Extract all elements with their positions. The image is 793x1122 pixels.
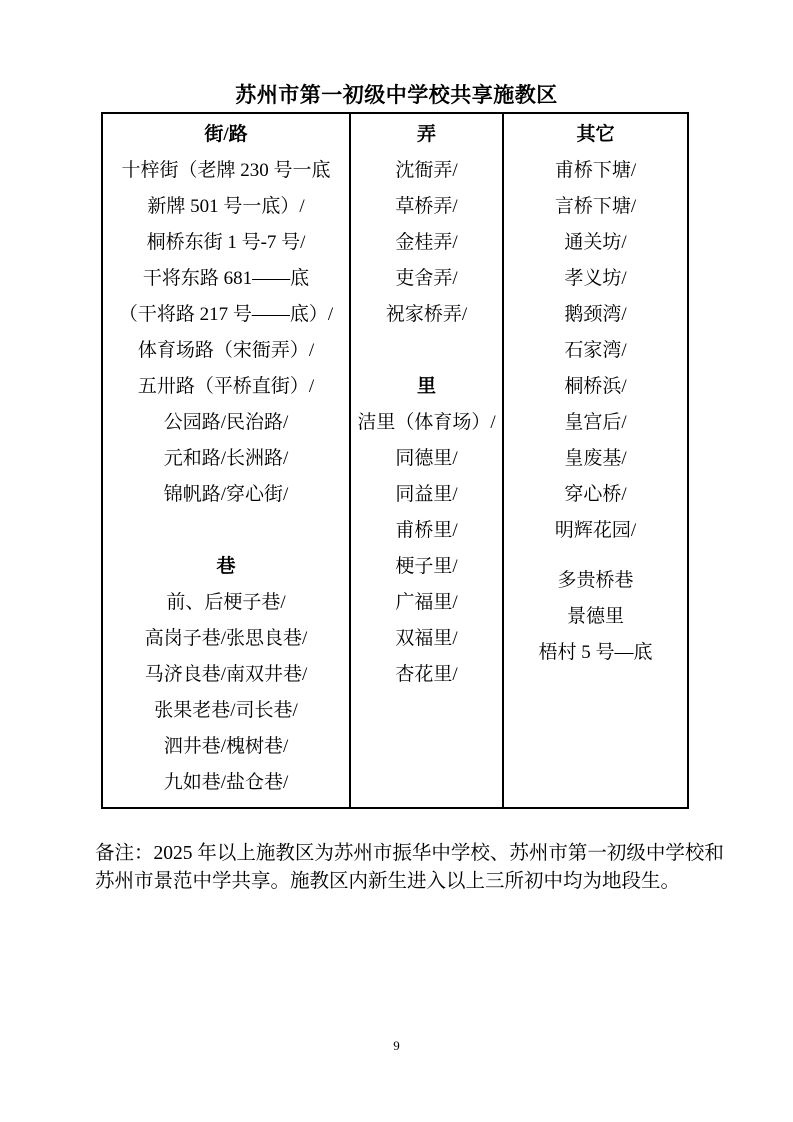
district-entry: 高岗子巷/张思良巷/	[103, 618, 349, 654]
column-body-other: 甫桥下塘/言桥下塘/通关坊/孝义坊/鹅颈湾/石家湾/桐桥浜/皇宫后/皇废基/穿心…	[504, 150, 687, 668]
district-entry: 五卅路（平桥直街）/	[103, 366, 349, 402]
district-entry: 杏花里/	[351, 654, 502, 690]
district-entry: （干将路 217 号——底）/	[103, 294, 349, 330]
district-entry: 前、后梗子巷/	[103, 582, 349, 618]
district-entry: 元和路/长洲路/	[103, 438, 349, 474]
district-entry: 泗井巷/槐树巷/	[103, 726, 349, 762]
district-entry: 金桂弄/	[351, 222, 502, 258]
section-heading: 里	[351, 366, 502, 402]
column-other: 其它 甫桥下塘/言桥下塘/通关坊/孝义坊/鹅颈湾/石家湾/桐桥浜/皇宫后/皇废基…	[502, 114, 687, 807]
district-entry: 祝家桥弄/	[351, 294, 502, 330]
district-entry: 干将东路 681——底	[103, 258, 349, 294]
district-entry: 同益里/	[351, 474, 502, 510]
district-entry: 石家湾/	[504, 330, 687, 366]
section-gap	[103, 510, 349, 546]
district-entry: 梧村 5 号—底	[504, 632, 687, 668]
column-header-other: 其它	[504, 114, 687, 150]
column-header-lane: 弄	[351, 114, 502, 150]
column-body-street-road: 十梓街（老牌 230 号一底新牌 501 号一底）/桐桥东街 1 号-7 号/干…	[103, 150, 349, 798]
section-gap	[351, 330, 502, 366]
district-entry: 新牌 501 号一底）/	[103, 186, 349, 222]
district-entry: 明辉花园/	[504, 510, 687, 546]
note-line: 苏州市景范中学共享。施教区内新生进入以上三所初中均为地段生。	[95, 868, 727, 896]
section-heading: 巷	[103, 546, 349, 582]
district-entry: 梗子里/	[351, 546, 502, 582]
district-entry: 穿心桥/	[504, 474, 687, 510]
column-body-lane: 沈衙弄/草桥弄/金桂弄/吏舍弄/祝家桥弄/里洁里（体育场）/同德里/同益里/甫桥…	[351, 150, 502, 690]
note-line: 备注：2025 年以上施教区为苏州市振华中学校、苏州市第一初级中学校和	[95, 840, 727, 868]
district-entry: 同德里/	[351, 438, 502, 474]
district-entry: 桐桥东街 1 号-7 号/	[103, 222, 349, 258]
district-entry: 洁里（体育场）/	[351, 402, 502, 438]
district-entry: 甫桥里/	[351, 510, 502, 546]
district-entry: 张果老巷/司长巷/	[103, 690, 349, 726]
column-header-street-road: 街/路	[103, 114, 349, 150]
district-entry: 九如巷/盐仓巷/	[103, 762, 349, 798]
district-entry: 皇宫后/	[504, 402, 687, 438]
district-entry: 广福里/	[351, 582, 502, 618]
district-entry: 鹅颈湾/	[504, 294, 687, 330]
district-entry: 吏舍弄/	[351, 258, 502, 294]
district-entry: 十梓街（老牌 230 号一底	[103, 150, 349, 186]
district-entry: 言桥下塘/	[504, 186, 687, 222]
district-entry: 景德里	[504, 596, 687, 632]
page-title: 苏州市第一初级中学校共享施教区	[0, 79, 793, 109]
district-entry: 草桥弄/	[351, 186, 502, 222]
district-entry: 双福里/	[351, 618, 502, 654]
district-entry: 公园路/民治路/	[103, 402, 349, 438]
district-entry: 马济良巷/南双井巷/	[103, 654, 349, 690]
page-number: 9	[0, 1038, 793, 1054]
section-gap	[504, 546, 687, 560]
district-entry: 多贵桥巷	[504, 560, 687, 596]
district-entry: 通关坊/	[504, 222, 687, 258]
column-lane: 弄 沈衙弄/草桥弄/金桂弄/吏舍弄/祝家桥弄/里洁里（体育场）/同德里/同益里/…	[349, 114, 502, 807]
district-entry: 体育场路（宋衙弄）/	[103, 330, 349, 366]
note: 备注：2025 年以上施教区为苏州市振华中学校、苏州市第一初级中学校和 苏州市景…	[95, 840, 727, 896]
district-entry: 甫桥下塘/	[504, 150, 687, 186]
district-entry: 皇废基/	[504, 438, 687, 474]
school-district-table: 街/路 十梓街（老牌 230 号一底新牌 501 号一底）/桐桥东街 1 号-7…	[101, 112, 689, 809]
district-entry: 孝义坊/	[504, 258, 687, 294]
district-entry: 沈衙弄/	[351, 150, 502, 186]
district-entry: 桐桥浜/	[504, 366, 687, 402]
column-street-road: 街/路 十梓街（老牌 230 号一底新牌 501 号一底）/桐桥东街 1 号-7…	[103, 114, 349, 807]
district-entry: 锦帆路/穿心街/	[103, 474, 349, 510]
